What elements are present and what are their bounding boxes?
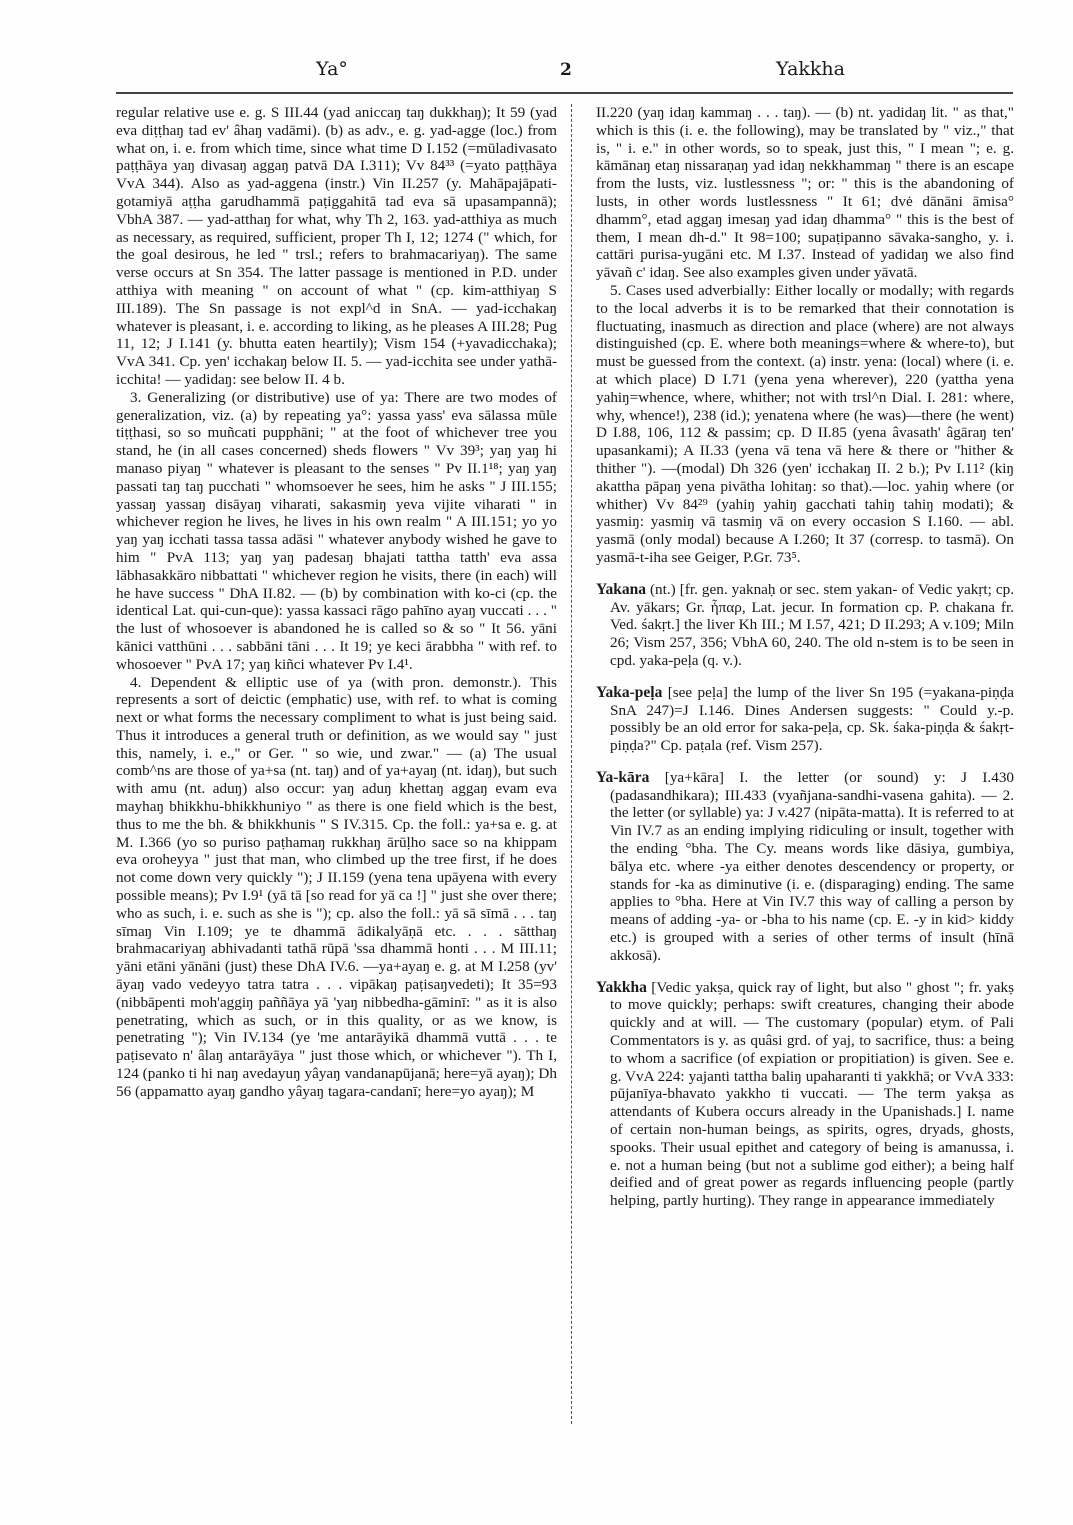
entry-yakkha: Yakkha [Vedic yakṣa, quick ray of light,… — [596, 979, 1014, 1210]
entry-body: [ya+kāra] I. the letter (or sound) y: J … — [610, 769, 1014, 964]
paragraph-adverbial-cases: 5. Cases used adverbially: Either locall… — [596, 282, 1014, 567]
entry-ya-kara: Ya-kāra [ya+kāra] I. the letter (or soun… — [596, 769, 1014, 965]
paragraph-yadidam: II.220 (yaŋ idaŋ kammaŋ . . . taŋ). — (b… — [596, 104, 1014, 282]
page-header: Ya° 2 Yakkha — [116, 58, 1016, 88]
paragraph-dependent-elliptic-use: 4. Dependent & elliptic use of ya (with … — [116, 674, 557, 1101]
header-rule — [116, 92, 1013, 94]
entry-body: [see peḷa] the lump of the liver Sn 195 … — [610, 684, 1014, 754]
page-number: 2 — [560, 60, 572, 80]
headword: Ya-kāra — [596, 769, 649, 786]
headword: Yakana — [596, 581, 646, 598]
right-column: II.220 (yaŋ idaŋ kammaŋ . . . taŋ). — (b… — [596, 104, 1014, 1210]
entry-yakana: Yakana (nt.) [fr. gen. yaknaḥ or sec. st… — [596, 581, 1014, 670]
column-divider — [571, 104, 573, 1424]
dictionary-page: Ya° 2 Yakkha regular relative use e. g. … — [0, 0, 1073, 1525]
paragraph-generalizing-use: 3. Generalizing (or distributive) use of… — [116, 389, 557, 674]
entry-body: (nt.) [fr. gen. yaknaḥ or sec. stem yaka… — [610, 581, 1014, 669]
paragraph-yad-compounds: regular relative use e. g. S III.44 (yad… — [116, 104, 557, 389]
entry-body: [Vedic yakṣa, quick ray of light, but al… — [610, 979, 1014, 1210]
left-column: regular relative use e. g. S III.44 (yad… — [116, 104, 557, 1101]
left-running-headword: Ya° — [316, 58, 348, 80]
headword: Yaka-peḷa — [596, 684, 662, 701]
headword: Yakkha — [596, 979, 647, 996]
right-running-headword: Yakkha — [776, 58, 845, 80]
entry-yaka-pela: Yaka-peḷa [see peḷa] the lump of the liv… — [596, 684, 1014, 755]
